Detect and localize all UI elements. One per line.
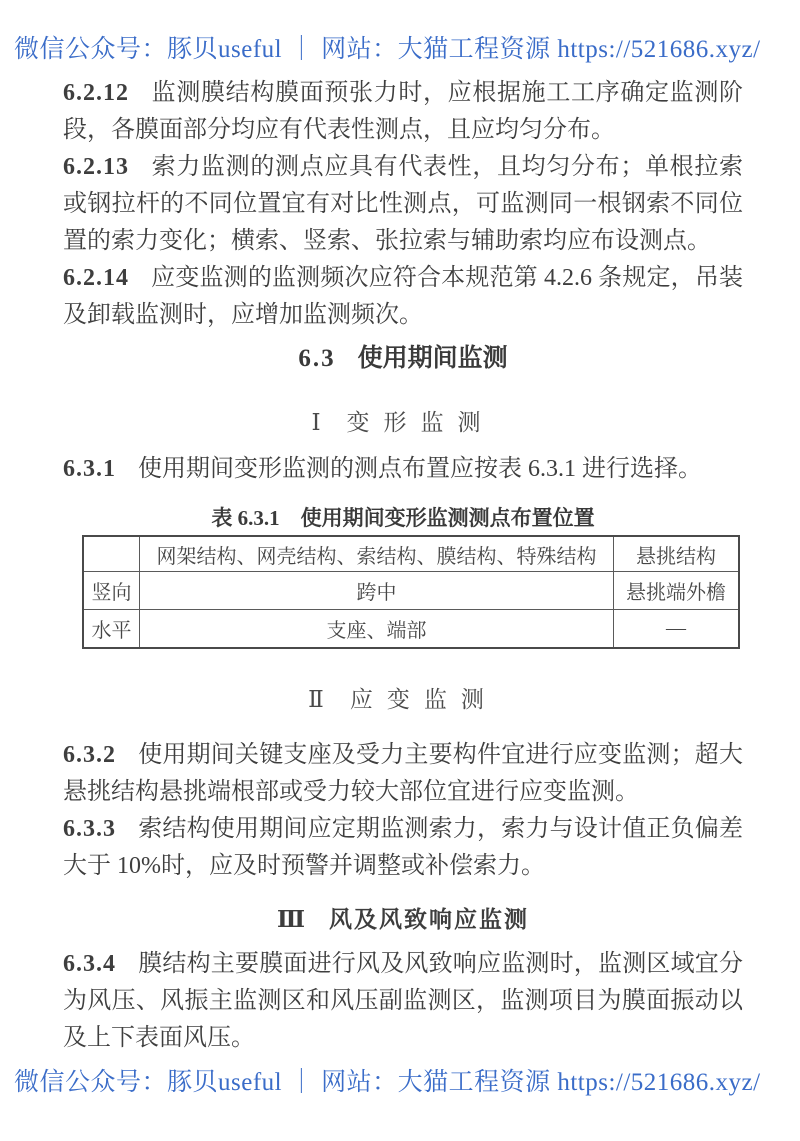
watermark-header-text: 微信公众号：豚贝useful ｜ 网站：大猫工程资源 https://52168… — [14, 36, 761, 63]
clause-6-3-4: 6.3.4膜结构主要膜面进行风及风致响应监测时，监测区域宜分为风压、风振主监测区… — [63, 946, 743, 1057]
header-cell-cantilever: 悬挑结构 — [614, 536, 740, 572]
table-header-row: 网架结构、网壳结构、索结构、膜结构、特殊结构 悬挑结构 — [83, 536, 739, 572]
row-label: 水平 — [83, 610, 140, 649]
subsection-title: 风及风致响应监测 — [329, 907, 529, 932]
clause-6-3-1: 6.3.1使用期间变形监测的测点布置应按表 6.3.1 进行选择。 — [63, 451, 743, 488]
subsection-title: 变形监测 — [347, 410, 495, 435]
cell-cantilever: 悬挑端外檐 — [614, 572, 740, 610]
row-label: 竖向 — [83, 572, 140, 610]
clause-text: 索力监测的测点应具有代表性，且均匀分布；单根拉索或钢拉杆的不同位置宜有对比性测点… — [63, 154, 743, 254]
header-cell-empty — [83, 536, 140, 572]
watermark-footer: 微信公众号：豚贝useful ｜ 网站：大猫工程资源 https://52168… — [14, 1062, 790, 1098]
roman-numeral: Ⅲ — [277, 907, 305, 932]
table-caption: 表 6.3.1 使用期间变形监测测点布置位置 — [63, 505, 743, 531]
clause-text: 使用期间变形监测的测点布置应按表 6.3.1 进行选择。 — [138, 456, 702, 482]
clause-6-3-2: 6.3.2使用期间关键支座及受力主要构件宜进行应变监测；超大悬挑结构悬挑端根部或… — [63, 737, 743, 811]
clause-6-2-13: 6.2.13索力监测的测点应具有代表性，且均匀分布；单根拉索或钢拉杆的不同位置宜… — [63, 149, 743, 260]
clause-6-3-3: 6.3.3索结构使用期间应定期监测索力，索力与设计值正负偏差大于 10%时，应及… — [63, 811, 743, 885]
section-number: 6.3 — [298, 345, 335, 372]
watermark-header: 微信公众号：豚贝useful ｜ 网站：大猫工程资源 https://52168… — [14, 29, 790, 65]
clause-number: 6.3.1 — [63, 456, 116, 482]
section-title: 使用期间监测 — [358, 345, 508, 372]
watermark-footer-text: 微信公众号：豚贝useful ｜ 网站：大猫工程资源 https://52168… — [14, 1069, 761, 1096]
clause-text: 应变监测的监测频次应符合本规范第 4.2.6 条规定，吊装及卸载监测时，应增加监… — [63, 265, 743, 328]
clause-number: 6.3.2 — [63, 742, 116, 768]
section-heading-6-3: 6.3使用期间监测 — [63, 340, 743, 378]
subsection-title: 应变监测 — [350, 687, 498, 712]
clause-6-2-12: 6.2.12监测膜结构膜面预张力时，应根据施工工序确定监测阶段，各膜面部分均应有… — [63, 75, 743, 149]
header-cell-structures: 网架结构、网壳结构、索结构、膜结构、特殊结构 — [140, 536, 614, 572]
document-page-content: 6.2.12监测膜结构膜面预张力时，应根据施工工序确定监测阶段，各膜面部分均应有… — [63, 75, 743, 1057]
table-row-horizontal: 水平 支座、端部 — — [83, 610, 739, 649]
clause-text: 索结构使用期间应定期监测索力，索力与设计值正负偏差大于 10%时，应及时预警并调… — [63, 816, 743, 879]
cell-main: 支座、端部 — [140, 610, 614, 649]
measuring-point-placement-table: 网架结构、网壳结构、索结构、膜结构、特殊结构 悬挑结构 竖向 跨中 悬挑端外檐 … — [82, 535, 740, 649]
roman-numeral: Ⅱ — [308, 687, 324, 712]
clause-text: 监测膜结构膜面预张力时，应根据施工工序确定监测阶段，各膜面部分均应有代表性测点，… — [63, 80, 743, 143]
subsection-heading-strain: Ⅱ应变监测 — [63, 681, 743, 719]
table-row-vertical: 竖向 跨中 悬挑端外檐 — [83, 572, 739, 610]
clause-6-2-14: 6.2.14应变监测的监测频次应符合本规范第 4.2.6 条规定，吊装及卸载监测… — [63, 260, 743, 334]
subsection-heading-wind: Ⅲ风及风致响应监测 — [63, 901, 743, 939]
clause-number: 6.2.14 — [63, 265, 129, 291]
clause-number: 6.3.3 — [63, 816, 116, 842]
cell-cantilever: — — [614, 610, 740, 649]
cell-main: 跨中 — [140, 572, 614, 610]
subsection-heading-deformation: Ⅰ变形监测 — [63, 404, 743, 442]
clause-text: 使用期间关键支座及受力主要构件宜进行应变监测；超大悬挑结构悬挑端根部或受力较大部… — [63, 742, 743, 805]
clause-text: 膜结构主要膜面进行风及风致响应监测时，监测区域宜分为风压、风振主监测区和风压副监… — [63, 951, 743, 1051]
clause-number: 6.3.4 — [63, 951, 116, 977]
clause-number: 6.2.13 — [63, 154, 129, 180]
clause-number: 6.2.12 — [63, 80, 129, 106]
roman-numeral: Ⅰ — [311, 410, 320, 435]
